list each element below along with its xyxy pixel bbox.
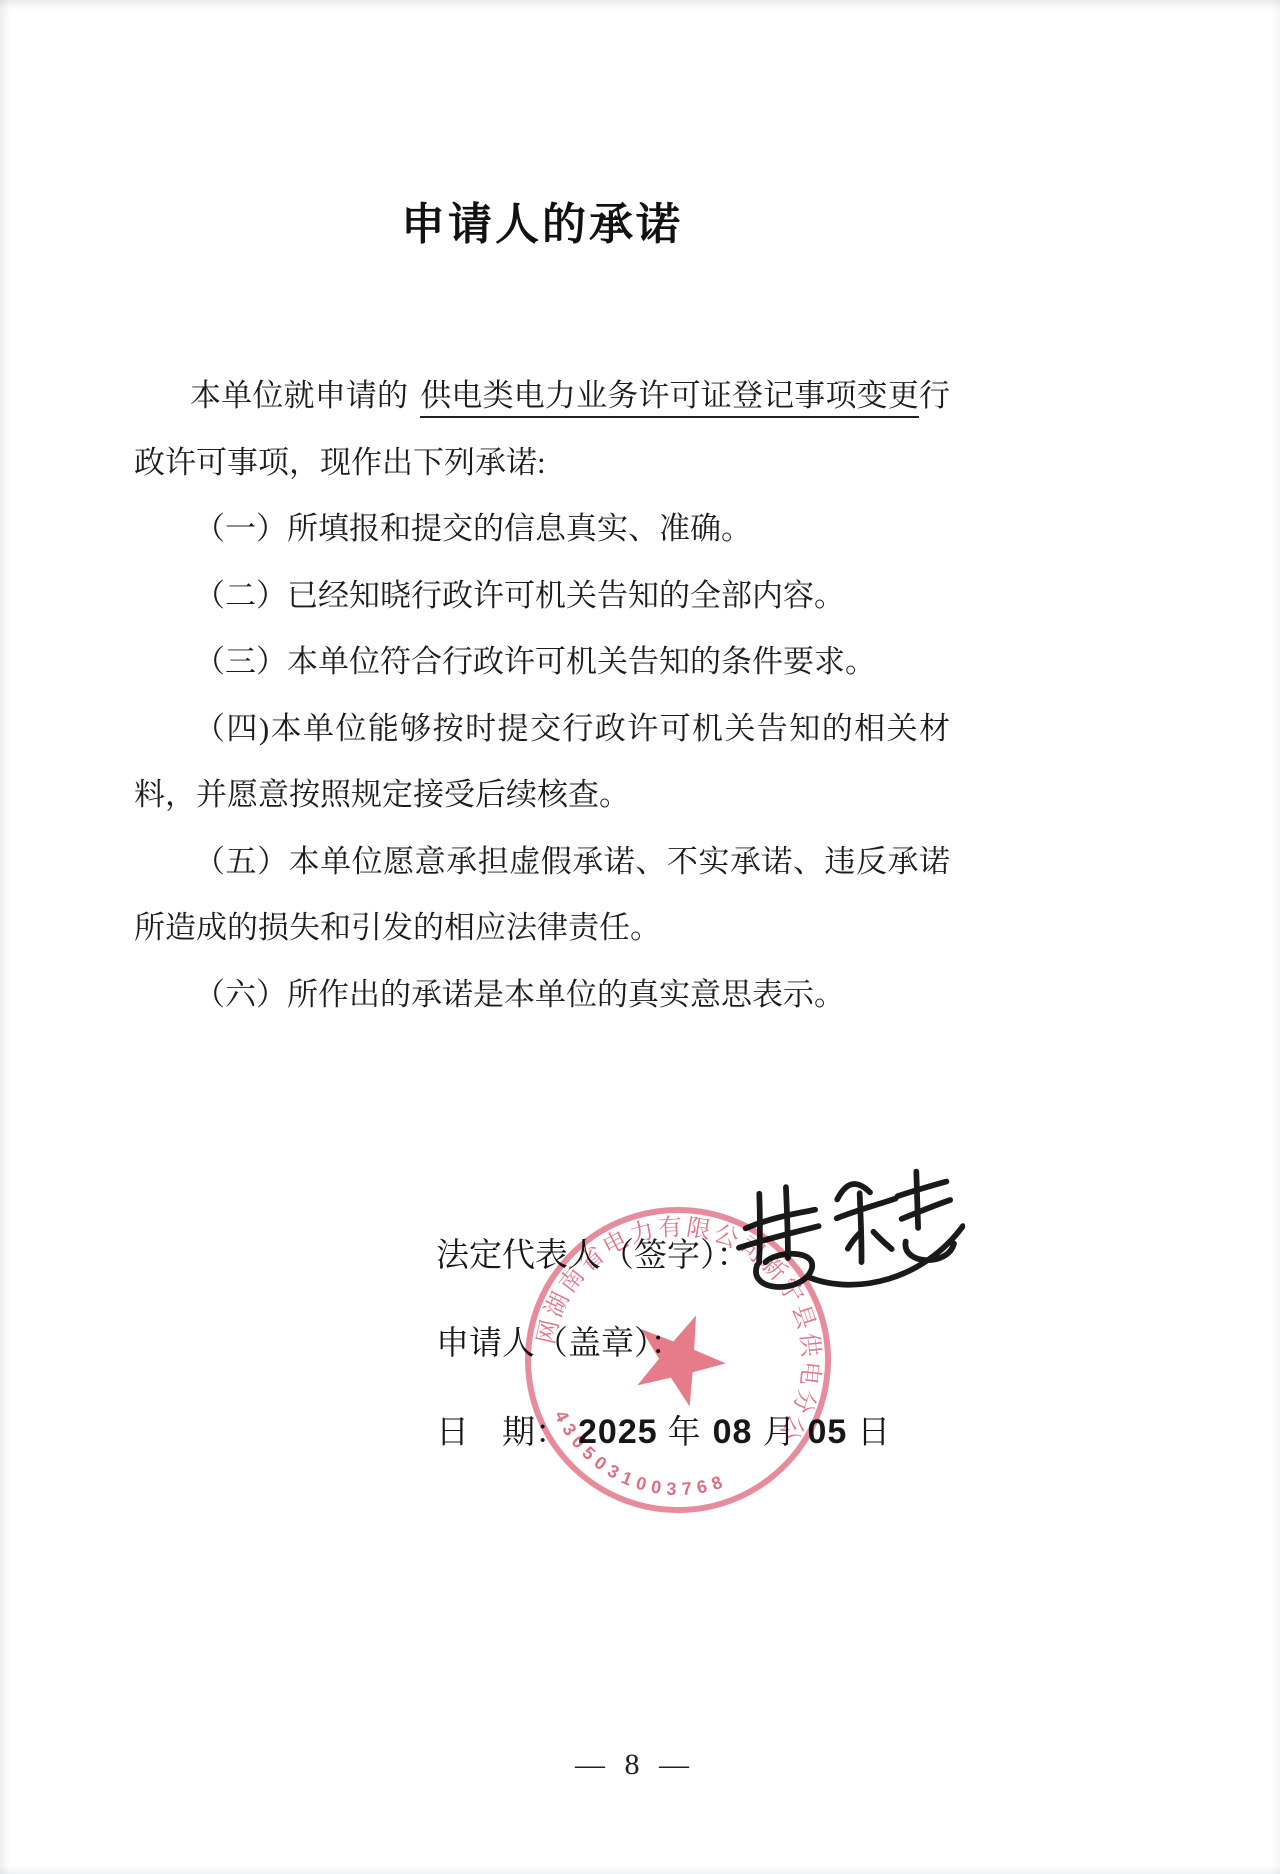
document-title: 申请人的承诺 — [134, 188, 950, 252]
scan-edge-left — [0, 0, 10, 1874]
intro-paragraph: 本单位就申请的供电类电力业务许可证登记事项变更行政许可事项，现作出下列承诺: — [134, 363, 950, 496]
commitment-item-5: （五）本单位愿意承担虚假承诺、不实承诺、违反承诺所造成的损失和引发的相应法律责任… — [134, 829, 950, 962]
scanned-document-page: 申请人的承诺 本单位就申请的供电类电力业务许可证登记事项变更行政许可事项，现作出… — [0, 0, 1280, 1874]
underlined-license-phrase: 供电类电力业务许可证登记事项变更 — [420, 378, 919, 418]
scan-edge-bottom — [0, 1866, 1280, 1874]
page-number: — 8 — — [0, 1748, 1270, 1782]
commitment-item-6: （六）所作出的承诺是本单位的真实意思表示。 — [134, 962, 950, 1029]
scan-edge-top — [0, 0, 1280, 10]
commitment-item-4: （四)本单位能够按时提交行政许可机关告知的相关材料，并愿意按照规定接受后续核查。 — [134, 696, 950, 829]
scan-edge-right — [1272, 0, 1280, 1874]
commitment-item-3: （三）本单位符合行政许可机关告知的条件要求。 — [134, 629, 950, 696]
legal-rep-signature — [709, 1147, 973, 1338]
document-body: 本单位就申请的供电类电力业务许可证登记事项变更行政许可事项，现作出下列承诺: （… — [134, 363, 950, 1028]
commitment-item-2: （二）已经知晓行政许可机关告知的全部内容。 — [134, 563, 950, 630]
seal-star-icon — [621, 1298, 738, 1413]
commitment-item-1: （一）所填报和提交的信息真实、准确。 — [134, 496, 950, 563]
intro-prefix: 本单位就申请的 — [190, 378, 408, 413]
date-day-unit: 日 — [857, 1415, 890, 1451]
